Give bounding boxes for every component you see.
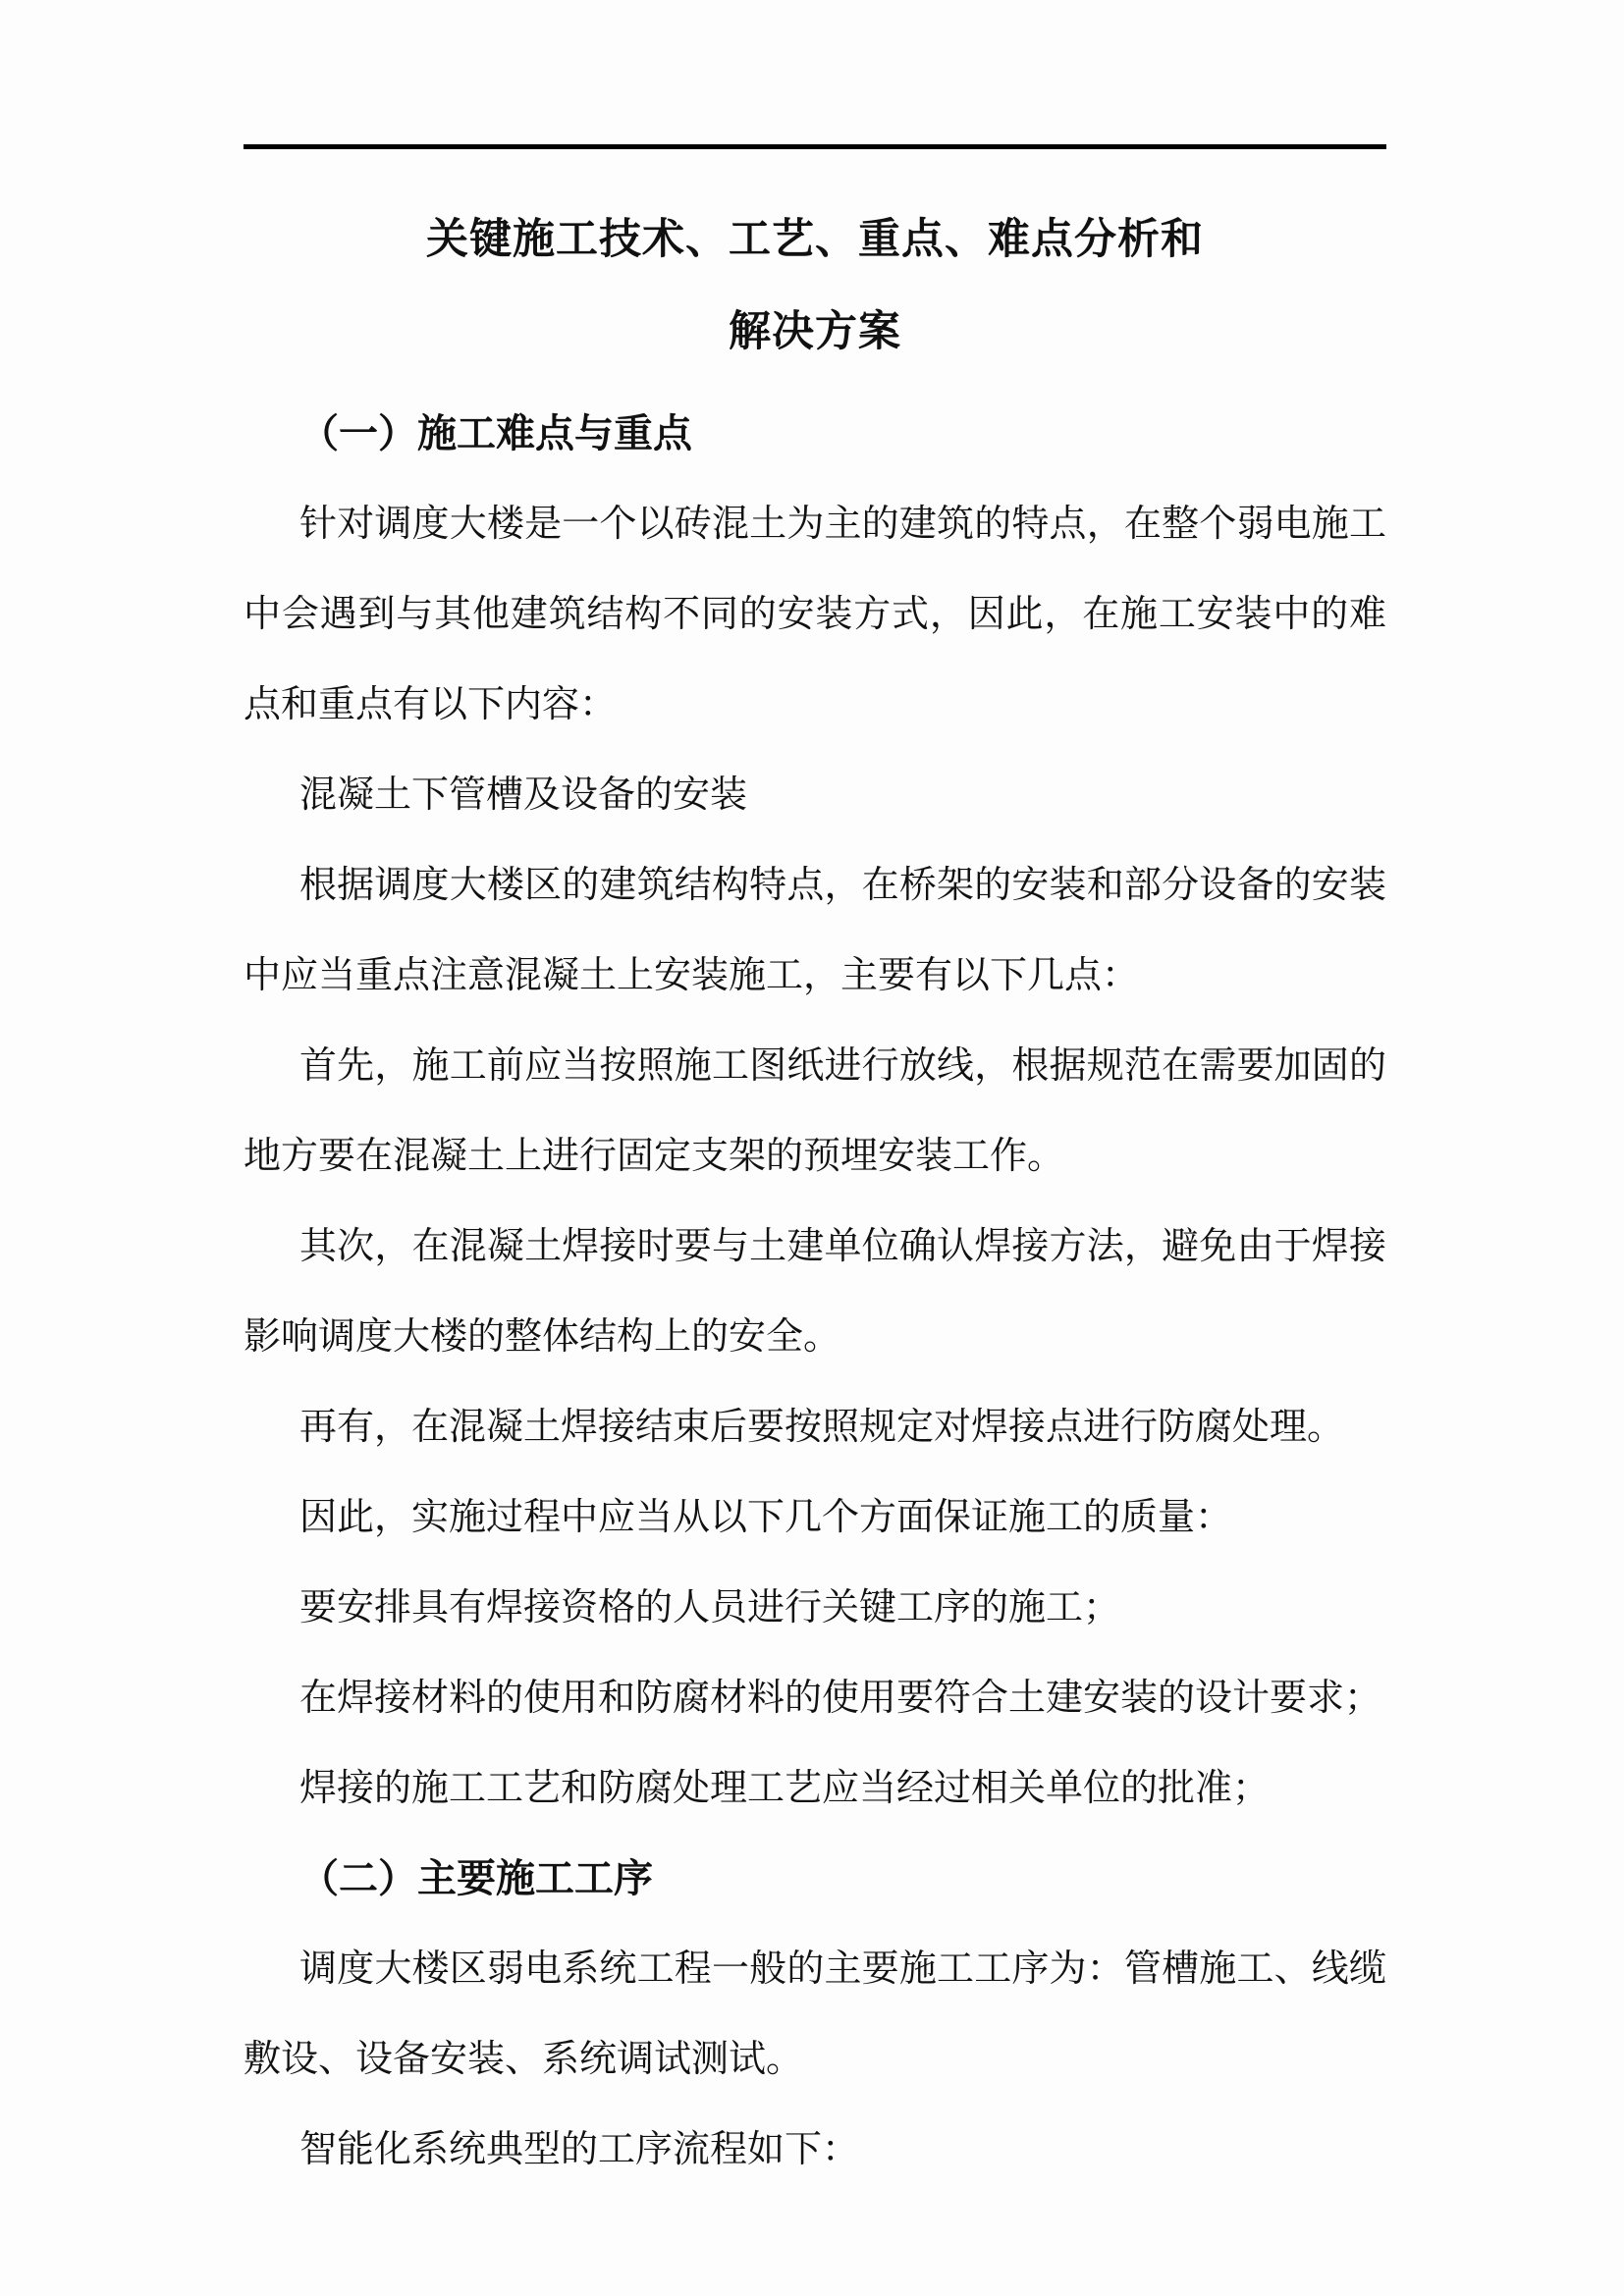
doc-paragraph: 智能化系统典型的工序流程如下： [244, 2105, 1386, 2195]
doc-title-line1: 关键施工技术、工艺、重点、难点分析和 [244, 194, 1386, 287]
doc-paragraph: 要安排具有焊接资格的人员进行关键工序的施工； [244, 1563, 1386, 1653]
doc-paragraph: 调度大楼区弱电系统工程一般的主要施工工序为：管槽施工、线缆敷设、设备安装、系统调… [244, 1924, 1386, 2105]
doc-paragraph: 其次，在混凝土焊接时要与土建单位确认焊接方法，避免由于焊接影响调度大楼的整体结构… [244, 1201, 1386, 1382]
doc-paragraph: 因此，实施过程中应当从以下几个方面保证施工的质量： [244, 1472, 1386, 1563]
document-page: 关键施工技术、工艺、重点、难点分析和 解决方案 （一）施工难点与重点针对调度大楼… [0, 0, 1624, 2296]
doc-paragraph: 在焊接材料的使用和防腐材料的使用要符合土建安装的设计要求； [244, 1653, 1386, 1743]
document-body: （一）施工难点与重点针对调度大楼是一个以砖混土为主的建筑的特点，在整个弱电施工中… [244, 389, 1386, 2195]
doc-paragraph: 混凝土下管槽及设备的安装 [244, 750, 1386, 840]
doc-paragraph: 根据调度大楼区的建筑结构特点，在桥架的安装和部分设备的安装中应当重点注意混凝土上… [244, 840, 1386, 1021]
doc-paragraph: 再有，在混凝土焊接结束后要按照规定对焊接点进行防腐处理。 [244, 1382, 1386, 1472]
section-heading: （一）施工难点与重点 [244, 389, 1386, 479]
section-heading: （二）主要施工工序 [244, 1834, 1386, 1924]
doc-title-line2: 解决方案 [244, 287, 1386, 379]
doc-paragraph: 针对调度大楼是一个以砖混土为主的建筑的特点，在整个弱电施工中会遇到与其他建筑结构… [244, 479, 1386, 750]
header-rule [244, 144, 1386, 149]
doc-paragraph: 焊接的施工工艺和防腐处理工艺应当经过相关单位的批准； [244, 1743, 1386, 1834]
doc-title: 关键施工技术、工艺、重点、难点分析和 解决方案 [244, 194, 1386, 379]
doc-paragraph: 首先，施工前应当按照施工图纸进行放线，根据规范在需要加固的地方要在混凝土上进行固… [244, 1021, 1386, 1201]
